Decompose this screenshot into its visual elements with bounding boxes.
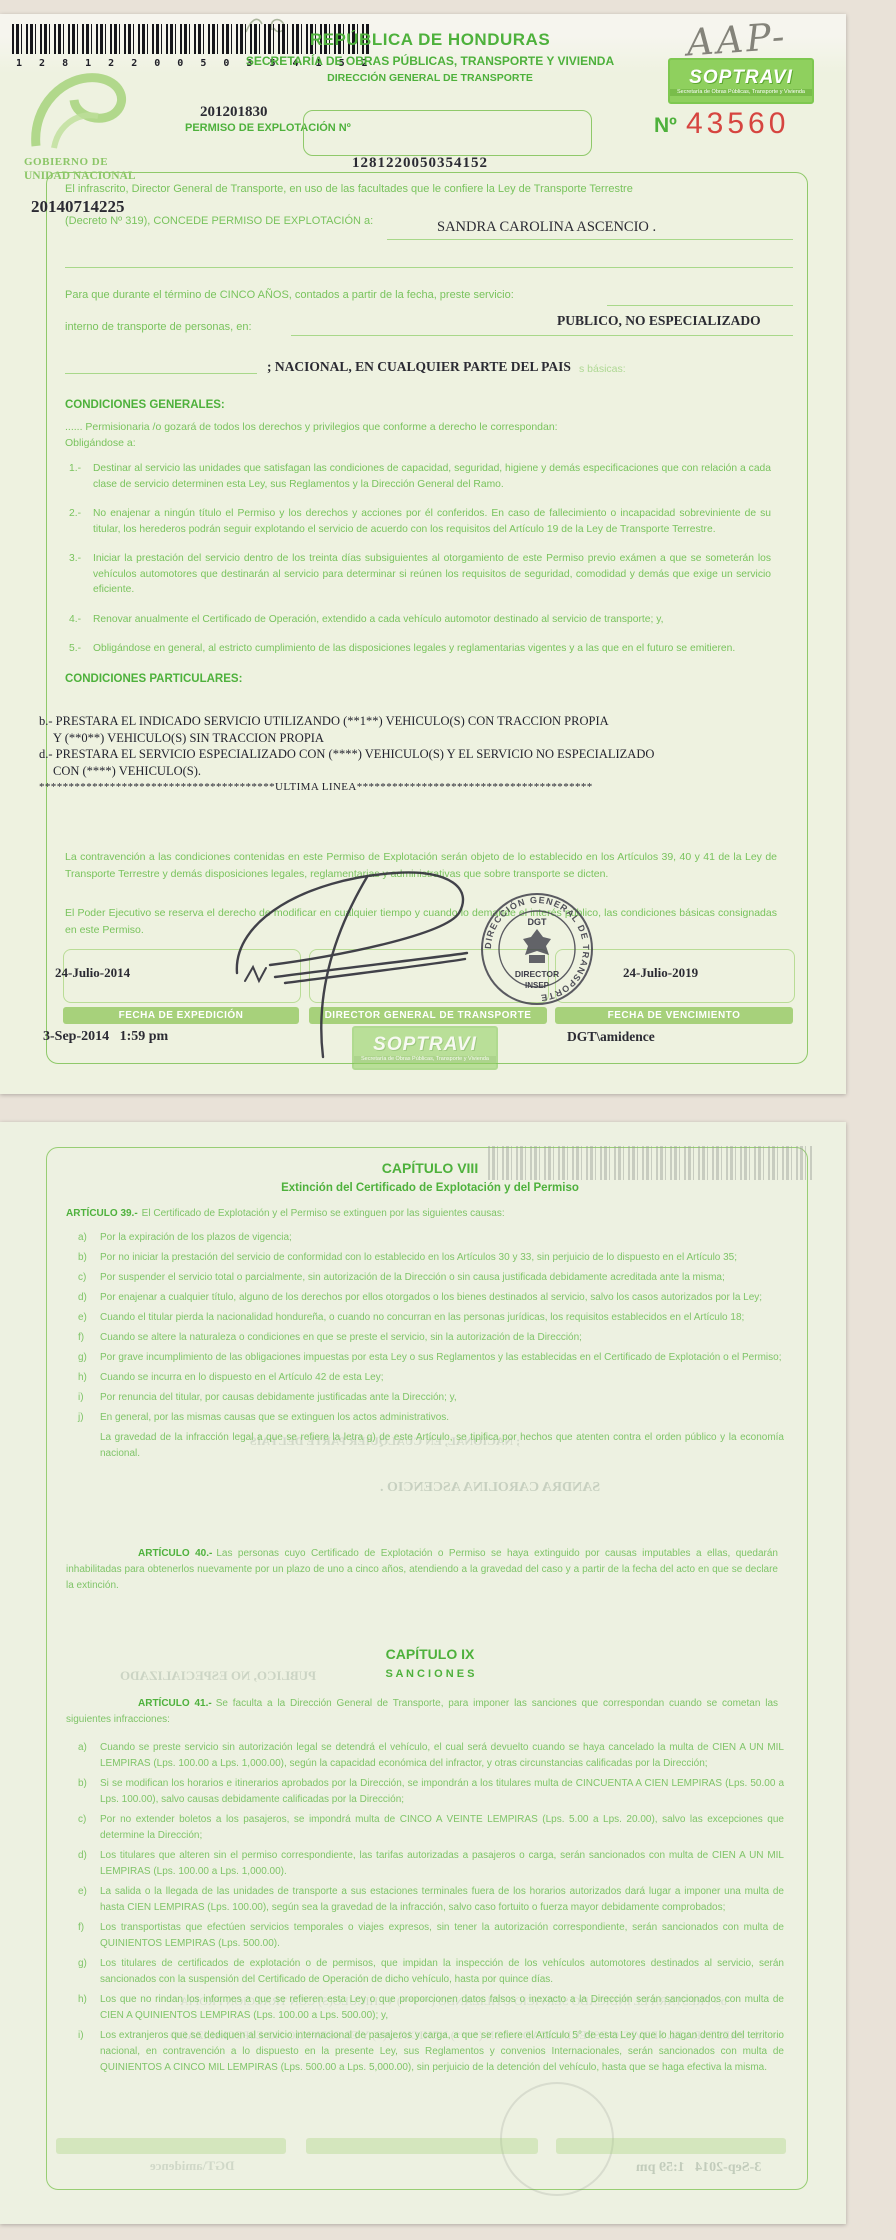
chapter8-title: CAPÍTULO VIII [180, 1160, 680, 1176]
list-item: i)Los extranjeros que se dediquen al ser… [78, 2028, 784, 2076]
list-item: c)Por no extender boletos a los pasajero… [78, 1812, 784, 1844]
file-number-stamp: 20140714225 [31, 197, 125, 217]
item-text: Los que no rindan los informes a que se … [100, 1992, 784, 2024]
list-item: e)La salida o la llegada de las unidades… [78, 1884, 784, 1916]
preprint-remnant: s básicas: [579, 363, 626, 375]
list-item: 5.-Obligándose en general, al estricto c… [69, 641, 771, 657]
list-item: e)Cuando el titular pierda la nacionalid… [78, 1310, 784, 1326]
typed-line: b.- PRESTARA EL INDICADO SERVICIO UTILIZ… [39, 713, 819, 730]
item-text: Por no extender boletos a los pasajeros,… [100, 1812, 784, 1844]
permit-code: 1281220050354152 [352, 155, 488, 172]
list-item: b)Por no iniciar la prestación del servi… [78, 1250, 784, 1266]
grantee-name: SANDRA CAROLINA ASCENCIO . [437, 219, 656, 236]
item-letter: g) [78, 1350, 100, 1366]
list-item: g)Los titulares de certificados de explo… [78, 1956, 784, 1988]
generales-list: 1.-Destinar al servicio las unidades que… [69, 461, 771, 671]
ghost-footer-bar [556, 2138, 786, 2154]
list-item: a)Cuando se preste servicio sin autoriza… [78, 1740, 784, 1772]
list-item: a)Por la expiración de los plazos de vig… [78, 1230, 784, 1246]
chapter9-subtitle: S A N C I O N E S [180, 1668, 680, 1680]
article41-intro: ARTÍCULO 41.-Se faculta a la Dirección G… [66, 1696, 778, 1728]
article41-head: ARTÍCULO 41.- [138, 1698, 212, 1709]
particulares-title: CONDICIONES PARTICULARES: [65, 673, 242, 685]
rule-line [387, 239, 793, 240]
item-letter: i) [78, 1390, 100, 1406]
item-text: Cuando se incurra en lo dispuesto en el … [100, 1370, 784, 1386]
system-user: DGT\amidence [567, 1029, 655, 1045]
item-text: Por no iniciar la prestación del servici… [100, 1250, 784, 1266]
gobierno-logo-line1: GOBIERNO DE [24, 156, 108, 168]
item-letter: j) [78, 1410, 100, 1426]
item-number: 4.- [69, 612, 93, 628]
article40-head: ARTÍCULO 40.- [138, 1548, 212, 1559]
item-letter: e) [78, 1310, 100, 1326]
expiry-date: 24-Julio-2019 [623, 965, 698, 981]
item-number: 5.- [69, 641, 93, 657]
item-text: Los titulares que alteren sin el permiso… [100, 1848, 784, 1880]
item-letter: e) [78, 1884, 100, 1916]
item-letter: c) [78, 1812, 100, 1844]
list-item: b)Si se modifican los horarios e itinera… [78, 1776, 784, 1808]
rule-line [291, 335, 793, 336]
signature [215, 861, 495, 1061]
permit-serial-number: 43560 [686, 107, 789, 141]
header-country: REPÚBLICA DE HONDURAS [180, 30, 680, 50]
typed-line: Y (**0**) VEHICULO(S) SIN TRACCION PROPI… [39, 730, 819, 747]
item-letter: g) [78, 1956, 100, 1988]
list-item: 4.-Renovar anualmente el Certificado de … [69, 612, 771, 628]
seal-insep-text: INSEP [525, 981, 550, 990]
list-item: 1.-Destinar al servicio las unidades que… [69, 461, 771, 492]
ghost-system-user: DGT\amidence [150, 2158, 235, 2174]
list-item: f)Cuando se altere la naturaleza o condi… [78, 1330, 784, 1346]
item-text: Los transportistas que efectúen servicio… [100, 1920, 784, 1952]
list-item: f)Los transportistas que efectúen servic… [78, 1920, 784, 1952]
item-text: Por grave incumplimiento de las obligaci… [100, 1350, 784, 1366]
item-text: Si se modifican los horarios e itinerari… [100, 1776, 784, 1808]
list-item: c)Por suspender el servicio total o parc… [78, 1270, 784, 1286]
article39-intro: ARTÍCULO 39.-El Certificado de Explotaci… [66, 1206, 778, 1222]
permit-code-box [303, 110, 592, 156]
item-text: Cuando se altere la naturaleza o condici… [100, 1330, 784, 1346]
coverage-text: ; NACIONAL, EN CUALQUIER PARTE DEL PAIS [267, 359, 571, 375]
list-item: h)Cuando se incurra en lo dispuesto en e… [78, 1370, 784, 1386]
rule-line [65, 373, 257, 374]
ghost-footer-bar [306, 2138, 538, 2154]
item-letter: a) [78, 1740, 100, 1772]
article39-head: ARTÍCULO 39.- [66, 1208, 138, 1219]
item-letter: h) [78, 1370, 100, 1386]
list-item: d)Por enajenar a cualquier título, algun… [78, 1290, 784, 1306]
item-letter: f) [78, 1330, 100, 1346]
issue-date: 24-Julio-2014 [55, 965, 130, 981]
item-text: Destinar al servicio las unidades que sa… [93, 461, 771, 492]
list-item: 2.-No enajenar a ningún título el Permis… [69, 506, 771, 537]
item-letter: d) [78, 1290, 100, 1306]
item-letter: h) [78, 1992, 100, 2024]
item-letter: b) [78, 1776, 100, 1808]
permit-body-box: El infrascrito, Director General de Tran… [46, 172, 808, 1064]
list-item: 3.-Iniciar la prestación del servicio de… [69, 551, 771, 598]
chapter8-subtitle: Extinción del Certificado de Explotación… [180, 1182, 680, 1194]
item-text: Los extranjeros que se dediquen al servi… [100, 2028, 784, 2076]
rule-line [607, 305, 793, 306]
item-letter: a) [78, 1230, 100, 1246]
list-item: d)Los titulares que alteren sin el permi… [78, 1848, 784, 1880]
item-text: No enajenar a ningún título el Permiso y… [93, 506, 771, 537]
term-line: Para que durante el término de CINCO AÑO… [65, 289, 514, 301]
item-letter: b) [78, 1250, 100, 1266]
typed-line: d.- PRESTARA EL SERVICIO ESPECIALIZADO C… [39, 746, 819, 763]
list-item: g)Por grave incumplimiento de las obliga… [78, 1350, 784, 1366]
item-letter: d) [78, 1848, 100, 1880]
interno-line: interno de transporte de personas, en: [65, 321, 252, 333]
item-number: 1.- [69, 461, 93, 492]
seal-dgt-text: DGT [528, 917, 548, 927]
item-text: Renovar anualmente el Certificado de Ope… [93, 612, 771, 628]
item-number: 2.- [69, 506, 93, 537]
item-text: En general, por las mismas causas que se… [100, 1410, 784, 1426]
official-seal-icon: DIRECCIÓN GENERAL DE TRANSPORTE DGT DIRE… [477, 889, 597, 1009]
batch-number-stamp: 201201830 [200, 104, 268, 121]
item-text: Cuando se preste servicio sin autorizaci… [100, 1740, 784, 1772]
ghost-footer-bar [56, 2138, 286, 2154]
intro-line1: El infrascrito, Director General de Tran… [65, 183, 633, 195]
soptravi-logo-text: SOPTRAVI [689, 67, 793, 89]
typed-line: ****************************************… [39, 779, 819, 796]
seal-director-text: DIRECTOR [515, 969, 559, 979]
generales-oblig: Obligándose a: [65, 437, 136, 449]
item-text: Por enajenar a cualquier título, alguno … [100, 1290, 784, 1306]
list-item: i)Por renuncia del titular, por causas d… [78, 1390, 784, 1406]
item-text: Por suspender el servicio total o parcia… [100, 1270, 784, 1286]
item-number: 3.- [69, 551, 93, 598]
permit-no-label: Nº [654, 114, 677, 138]
law-extract-page: SANDRA CAROLINA ASCENCIO . ; NACIONAL, E… [0, 1122, 846, 2224]
printed-datetime: 3-Sep-2014 1:59 pm [43, 1029, 168, 1045]
chapter9-title: CAPÍTULO IX [180, 1646, 680, 1662]
article40-paragraph: ARTÍCULO 40.-Las personas cuyo Certifica… [66, 1546, 778, 1594]
article39-gravity: La gravedad de la infracción legal a que… [78, 1430, 784, 1462]
item-text: Por renuncia del titular, por causas deb… [100, 1390, 784, 1406]
header-secretaria: SECRETARÍA DE OBRAS PÚBLICAS, TRANSPORTE… [130, 54, 730, 68]
header-direccion: DIRECCIÓN GENERAL DE TRANSPORTE [180, 72, 680, 84]
ghost-printed-datetime: 3-Sep-2014 1:59 pm [636, 2160, 761, 2176]
article41-list: a)Cuando se preste servicio sin autoriza… [78, 1740, 784, 2080]
item-text: La salida o la llegada de las unidades d… [100, 1884, 784, 1916]
item-letter: i) [78, 2028, 100, 2076]
item-text: Por la expiración de los plazos de vigen… [100, 1230, 784, 1246]
service-type: PUBLICO, NO ESPECIALIZADO [557, 313, 761, 329]
item-text: Los titulares de certificados de explota… [100, 1956, 784, 1988]
list-item: h)Los que no rindan los informes a que s… [78, 1992, 784, 2024]
item-letter: c) [78, 1270, 100, 1286]
item-letter: f) [78, 1920, 100, 1952]
soptravi-logo: SOPTRAVI Secretaría de Obras Públicas, T… [668, 58, 814, 104]
article39-list: a)Por la expiración de los plazos de vig… [78, 1230, 784, 1462]
item-text: Cuando el titular pierda la nacionalidad… [100, 1310, 784, 1326]
permit-page: 1 2 8 1 2 2 0 0 5 0 3 5 4 1 5 2 REPÚBLIC… [0, 14, 846, 1094]
item-text: Obligándose en general, al estricto cump… [93, 641, 771, 657]
expiry-date-bar: FECHA DE VENCIMIENTO [555, 1007, 793, 1024]
soptravi-logo-caption: Secretaría de Obras Públicas, Transporte… [670, 89, 812, 96]
rule-line [65, 267, 793, 268]
generales-title: CONDICIONES GENERALES: [65, 399, 225, 411]
particulares-typed-block: b.- PRESTARA EL INDICADO SERVICIO UTILIZ… [39, 713, 819, 796]
list-item: j)En general, por las mismas causas que … [78, 1410, 784, 1426]
item-text: Iniciar la prestación del servicio dentr… [93, 551, 771, 598]
generales-intro: ...... Permisionaria /o gozará de todos … [65, 421, 558, 433]
typed-line: CON (****) VEHICULO(S). [39, 763, 819, 780]
article39-intro-text: El Certificado de Explotación y el Permi… [142, 1208, 505, 1219]
ghost-grantee-name: SANDRA CAROLINA ASCENCIO . [380, 1480, 600, 1496]
gobierno-logo-icon [24, 68, 136, 154]
